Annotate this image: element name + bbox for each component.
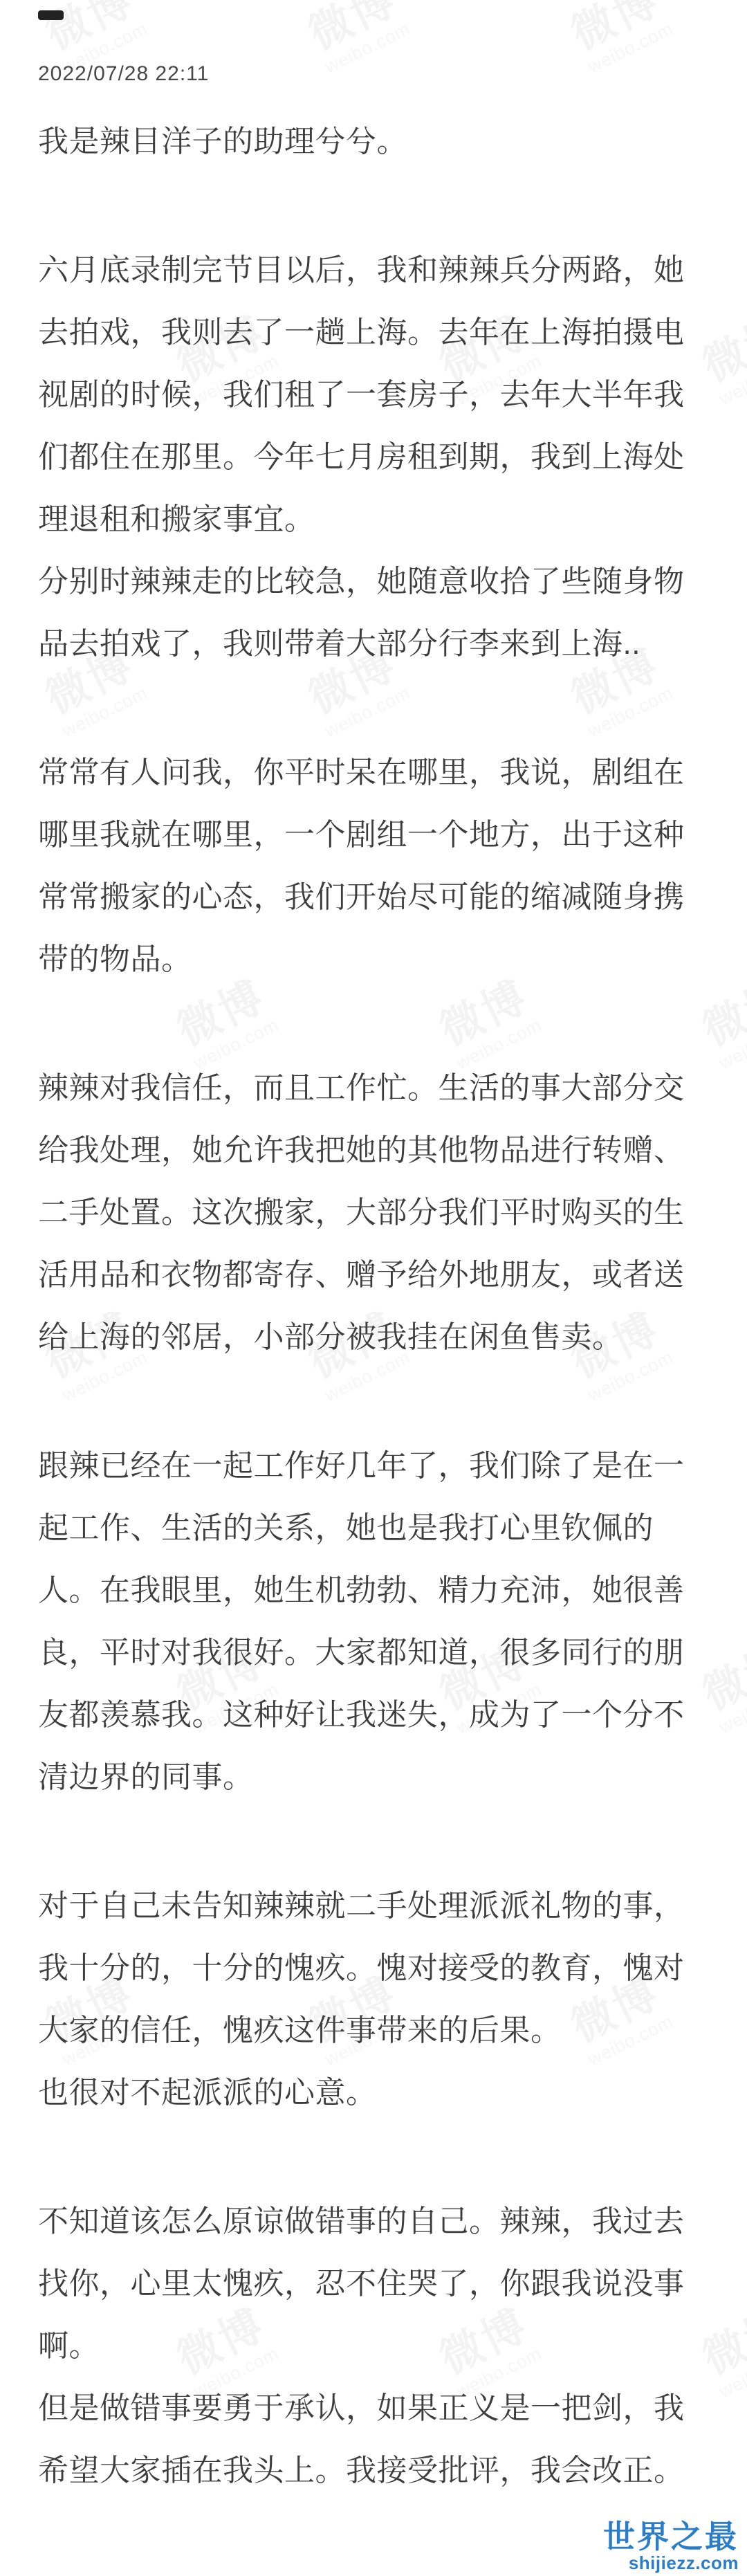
weibo-watermark: 微博weibo.com — [302, 0, 414, 77]
weibo-watermark-subtext: weibo.com — [716, 2344, 747, 2402]
post-page: { "post": { "timestamp": "2022/07/28 22:… — [0, 0, 747, 2576]
post-paragraph: 对于自己未告知辣辣就二手处理派派礼物的事，我十分的，十分的愧疚。愧对接受的教育，… — [38, 1875, 695, 2124]
post-timestamp: 2022/07/28 22:11 — [38, 62, 209, 86]
weibo-watermark: 微博weibo.com — [696, 2301, 747, 2402]
post-body: 我是辣目洋子的助理兮兮。六月底录制完节目以后，我和辣辣兵分两路，她去拍戏，我则去… — [38, 111, 695, 2568]
post-screenshot: 微博weibo.com微博weibo.com微博weibo.com微博weibo… — [0, 0, 747, 2576]
weibo-watermark-subtext: weibo.com — [322, 19, 413, 77]
weibo-watermark: 微博weibo.com — [696, 973, 747, 1073]
post-paragraph: 我是辣目洋子的助理兮兮。 — [38, 111, 695, 173]
weibo-watermark: 微博weibo.com — [696, 309, 747, 409]
post-paragraph: 跟辣已经在一起工作好几年了，我们除了是在一起工作、生活的关系，她也是我打心里钦佩… — [38, 1435, 695, 1809]
post-paragraph: 辣辣对我信任，而且工作忙。生活的事大部分交给我处理，她允许我把她的其他物品进行转… — [38, 1057, 695, 1369]
weibo-watermark: 微博weibo.com — [564, 0, 676, 77]
weibo-watermark-subtext: weibo.com — [716, 351, 747, 409]
site-watermark-title: 世界之最 — [603, 2521, 739, 2552]
weibo-watermark-subtext: weibo.com — [716, 1679, 747, 1737]
collapsed-header-dash — [38, 10, 64, 20]
site-watermark-domain: shijiezz.com — [603, 2554, 739, 2572]
weibo-watermark-subtext: weibo.com — [716, 1015, 747, 1073]
post-paragraph: 不知道该怎么原谅做错事的自己。辣辣，我过去找你，心里太愧疚，忍不住哭了，你跟我说… — [38, 2191, 695, 2502]
site-watermark: 世界之最 shijiezz.com — [603, 2521, 739, 2572]
post-paragraph: 常常有人问我，你平时呆在哪里，我说，剧组在哪里我就在哪里，一个剧组一个地方，出于… — [38, 742, 695, 991]
post-paragraph: 六月底录制完节目以后，我和辣辣兵分两路，她去拍戏，我则去了一趟上海。去年在上海拍… — [38, 239, 695, 675]
weibo-watermark-subtext: weibo.com — [584, 19, 676, 77]
weibo-watermark: 微博weibo.com — [696, 1637, 747, 1737]
